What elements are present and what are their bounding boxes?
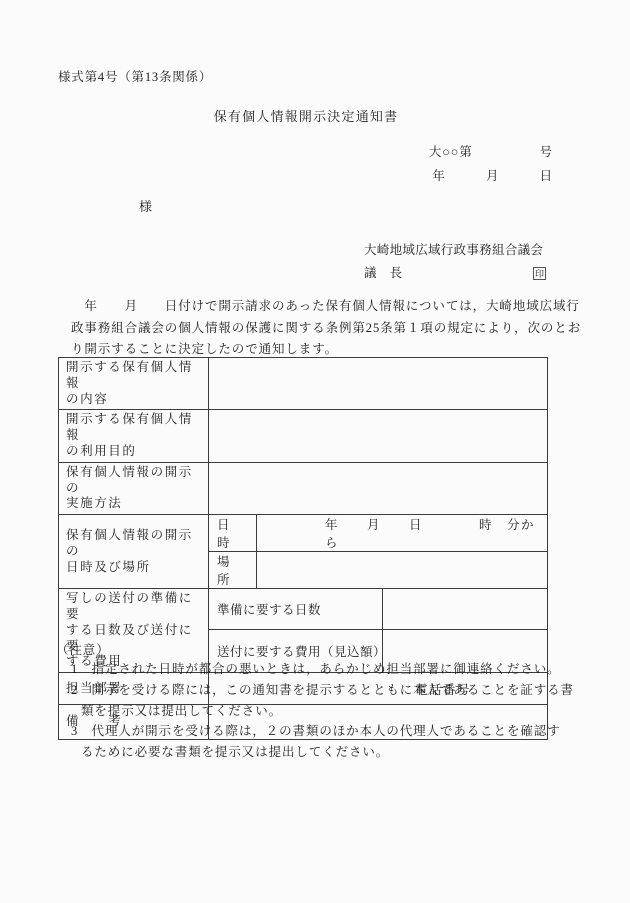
doc-number-block: 大○○第 号 年 月 日: [429, 140, 553, 188]
note-item-1: 1 指定された日時が都合の悪いときは，あらかじめ担当部署に御連絡ください。: [71, 659, 601, 680]
prep-days-label-cell: 準備に要する日数: [209, 589, 383, 630]
date-line: 年 月 日: [429, 164, 553, 188]
row-purpose: 開示する保有個人情報 の利用目的: [59, 410, 548, 462]
row-method: 保有個人情報の開示の 実施方法: [59, 462, 548, 514]
note-item-2-continued: 類を提示又は提出してください。: [81, 701, 601, 722]
document-page: 様式第4号（第13条関係） 保有個人情報開示決定通知書 大○○第 号 年 月 日…: [0, 0, 630, 903]
notes-section: （注意） 1 指定された日時が都合の悪いときは，あらかじめ担当部署に御連絡くださ…: [56, 641, 601, 763]
content-value-cell: [209, 358, 548, 410]
datetime-sublabel-cell: 日 時: [209, 515, 257, 552]
document-title: 保有個人情報開示決定通知書: [0, 106, 612, 125]
note-item-3-continued: るために必要な書類を提示又は提出してください。: [81, 742, 601, 763]
row-prep-days: 写しの送付の準備に要 する日数及び送付に要 する費用 準備に要する日数: [59, 589, 548, 630]
purpose-value-cell: [209, 410, 548, 462]
place-value-cell: [257, 552, 548, 589]
row-content: 開示する保有個人情報 の内容: [59, 358, 548, 410]
purpose-label-cell: 開示する保有個人情報 の利用目的: [59, 410, 209, 462]
issuer-role-line: 議 長 印: [364, 262, 546, 285]
method-label-cell: 保有個人情報の開示の 実施方法: [59, 462, 209, 514]
body-paragraph: 年 月 日付けで開示請求のあった保有個人情報については，大崎地域広域行 政事務組…: [71, 296, 601, 361]
prep-days-value-cell: [383, 589, 548, 630]
method-value-cell: [209, 462, 548, 514]
notes-heading: （注意）: [56, 641, 601, 659]
seal-mark: 印: [533, 267, 546, 280]
datetime-value-cell: 年 月 日 時 分から: [257, 515, 548, 552]
note-item-3: 3 代理人が開示を受ける際は，２の書類のほか本人の代理人であることを確認す: [71, 721, 601, 742]
addressee-label: 様: [139, 196, 152, 215]
content-label-cell: 開示する保有個人情報 の内容: [59, 358, 209, 410]
note-item-2: 2 開示を受ける際には，この通知書を提示するとともに本人であることを証する書: [71, 680, 601, 701]
datetime-place-label-cell: 保有個人情報の開示の 日時及び場所: [59, 515, 209, 589]
issuer-organization: 大崎地域広域行政事務組合議会: [364, 239, 546, 262]
form-number: 様式第4号（第13条関係）: [58, 67, 212, 85]
place-sublabel-cell: 場 所: [209, 552, 257, 589]
issuer-role: 議 長: [364, 262, 402, 285]
doc-number-line: 大○○第 号: [429, 140, 553, 164]
row-datetime: 保有個人情報の開示の 日時及び場所 日 時 年 月 日 時 分から: [59, 515, 548, 552]
issuer-block: 大崎地域広域行政事務組合議会 議 長 印: [364, 239, 546, 285]
